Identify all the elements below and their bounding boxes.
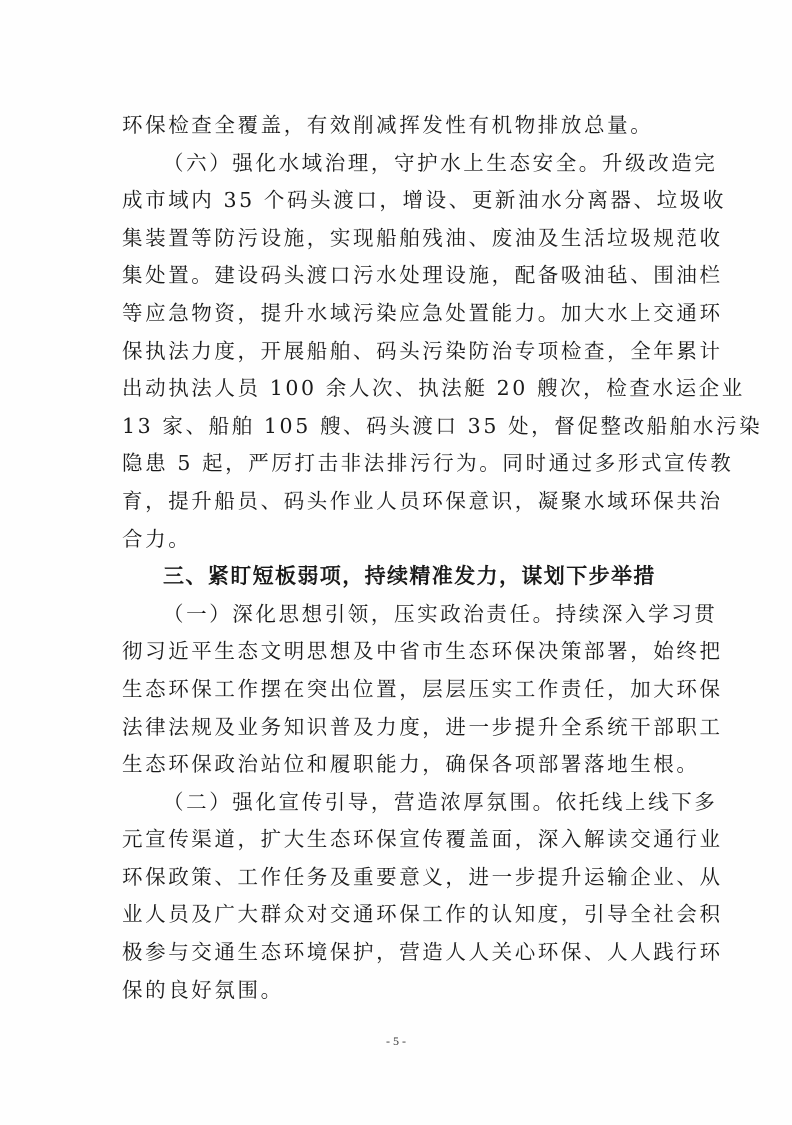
page-number: - 5 - (0, 1034, 792, 1049)
paragraph-line: 集装置等防污设施，实现船舶残油、废油及生活垃圾规范收 (122, 220, 674, 258)
paragraph-first-line: （一）深化思想引领，压实政治责任。持续深入学习贯 (122, 596, 674, 634)
paragraph-line: 彻习近平生态文明思想及中省市生态环保决策部署，始终把 (122, 633, 674, 671)
paragraph-line: 集处置。建设码头渡口污水处理设施，配备吸油毡、围油栏 (122, 257, 674, 295)
section-heading: 三、紧盯短板弱项，持续精准发力，谋划下步举措 (122, 558, 674, 596)
paragraph-line: 元宣传渠道，扩大生态环保宣传覆盖面，深入解读交通行业 (122, 821, 674, 859)
paragraph-line: 等应急物资，提升水域污染应急处置能力。加大水上交通环 (122, 295, 674, 333)
paragraph-line: 环保检查全覆盖，有效削减挥发性有机物排放总量。 (122, 107, 674, 145)
paragraph-line: 出动执法人员 100 余人次、执法艇 20 艘次，检查水运企业 (122, 370, 674, 408)
paragraph-line: 生态环保工作摆在突出位置，层层压实工作责任，加大环保 (122, 671, 674, 709)
paragraph-line: 成市域内 35 个码头渡口，增设、更新油水分离器、垃圾收 (122, 182, 674, 220)
paragraph-line: 极参与交通生态环境保护，营造人人关心环保、人人践行环 (122, 934, 674, 972)
paragraph-line: 环保政策、工作任务及重要意义，进一步提升运输企业、从 (122, 859, 674, 897)
document-page: 环保检查全覆盖，有效削减挥发性有机物排放总量。（六）强化水域治理，守护水上生态安… (0, 0, 792, 1125)
paragraph-line: 法律法规及业务知识普及力度，进一步提升全系统干部职工 (122, 709, 674, 747)
paragraph-line: 13 家、船舶 105 艘、码头渡口 35 处，督促整改船舶水污染 (122, 408, 674, 446)
paragraph-line: 业人员及广大群众对交通环保工作的认知度，引导全社会积 (122, 896, 674, 934)
paragraph-line: 隐患 5 起，严厉打击非法排污行为。同时通过多形式宣传教 (122, 445, 674, 483)
paragraph-line: 育，提升船员、码头作业人员环保意识，凝聚水域环保共治 (122, 483, 674, 521)
paragraph-line: 保执法力度，开展船舶、码头污染防治专项检查，全年累计 (122, 333, 674, 371)
paragraph-line: 合力。 (122, 521, 674, 559)
paragraph-first-line: （二）强化宣传引导，营造浓厚氛围。依托线上线下多 (122, 784, 674, 822)
paragraph-first-line: （六）强化水域治理，守护水上生态安全。升级改造完 (122, 145, 674, 183)
document-body: 环保检查全覆盖，有效削减挥发性有机物排放总量。（六）强化水域治理，守护水上生态安… (122, 107, 674, 1009)
paragraph-line: 保的良好氛围。 (122, 972, 674, 1010)
paragraph-line: 生态环保政治站位和履职能力，确保各项部署落地生根。 (122, 746, 674, 784)
